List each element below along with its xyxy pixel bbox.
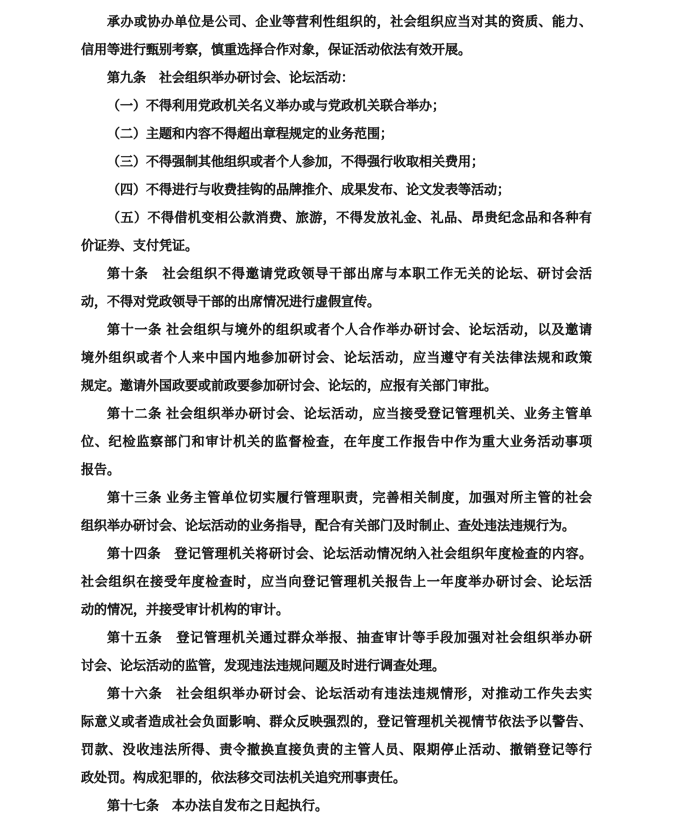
text-line: 组织举办研讨会、论坛活动的业务指导，配合有关部门及时制止、查处违法违规行为。	[81, 512, 592, 540]
document-paragraph: 第十七条 本办法自发布之日起执行。	[81, 792, 592, 820]
text-line: （三）不得强制其他组织或者个人参加，不得强行收取相关费用；	[81, 148, 592, 176]
text-line: 社会组织在接受年度检查时，应当向登记管理机关报告上一年度举办研讨会、论坛活	[81, 568, 592, 596]
text-line: 际意义或者造成社会负面影响、群众反映强烈的，登记管理机关视情节依法予以警告、	[81, 708, 592, 736]
document-paragraph: （四）不得进行与收费挂钩的品牌推介、成果发布、论文发表等活动；	[81, 176, 592, 204]
text-line: 信用等进行甄别考察，慎重选择合作对象，保证活动依法有效开展。	[81, 36, 592, 64]
text-line: 报告。	[81, 456, 592, 484]
text-line: （四）不得进行与收费挂钩的品牌推介、成果发布、论文发表等活动；	[81, 176, 592, 204]
text-line: （一）不得利用党政机关名义举办或与党政机关联合举办；	[81, 92, 592, 120]
text-line: 境外组织或者个人来中国内地参加研讨会、论坛活动，应当遵守有关法律法规和政策	[81, 344, 592, 372]
text-line: 价证券、支付凭证。	[81, 232, 592, 260]
text-line: 第十六条 社会组织举办研讨会、论坛活动有违法违规情形，对推动工作失去实	[81, 680, 592, 708]
document-paragraph: 第十六条 社会组织举办研讨会、论坛活动有违法违规情形，对推动工作失去实际意义或者…	[81, 680, 592, 792]
document-paragraph: 第十二条 社会组织举办研讨会、论坛活动，应当接受登记管理机关、业务主管单位、纪检…	[81, 400, 592, 484]
text-line: （五）不得借机变相公款消费、旅游，不得发放礼金、礼品、昂贵纪念品和各种有	[81, 204, 592, 232]
document-page: 承办或协办单位是公司、企业等营利性组织的，社会组织应当对其的资质、能力、信用等进…	[0, 0, 680, 835]
text-line: 政处罚。构成犯罪的，依法移交司法机关追究刑事责任。	[81, 764, 592, 792]
text-line: 讨会、论坛活动的监管，发现违法违规问题及时进行调查处理。	[81, 652, 592, 680]
document-paragraph: （一）不得利用党政机关名义举办或与党政机关联合举办；	[81, 92, 592, 120]
text-line: 第十三条 业务主管单位切实履行管理职责，完善相关制度，加强对所主管的社会	[81, 484, 592, 512]
document-paragraph: 第十条 社会组织不得邀请党政领导干部出席与本职工作无关的论坛、研讨会活动，不得对…	[81, 260, 592, 316]
text-line: 第十一条 社会组织与境外的组织或者个人合作举办研讨会、论坛活动，以及邀请	[81, 316, 592, 344]
text-line: 位、纪检监察部门和审计机关的监督检查，在年度工作报告中作为重大业务活动事项	[81, 428, 592, 456]
text-line: 承办或协办单位是公司、企业等营利性组织的，社会组织应当对其的资质、能力、	[81, 8, 592, 36]
document-paragraph: （五）不得借机变相公款消费、旅游，不得发放礼金、礼品、昂贵纪念品和各种有价证券、…	[81, 204, 592, 260]
document-paragraph: 第十五条 登记管理机关通过群众举报、抽查审计等手段加强对社会组织举办研讨会、论坛…	[81, 624, 592, 680]
text-line: 第九条 社会组织举办研讨会、论坛活动：	[81, 64, 592, 92]
text-line: 规定。邀请外国政要或前政要参加研讨会、论坛的，应报有关部门审批。	[81, 372, 592, 400]
text-line: 第十四条 登记管理机关将研讨会、论坛活动情况纳入社会组织年度检查的内容。	[81, 540, 592, 568]
document-text-block: 承办或协办单位是公司、企业等营利性组织的，社会组织应当对其的资质、能力、信用等进…	[81, 8, 592, 820]
document-paragraph: 第九条 社会组织举办研讨会、论坛活动：	[81, 64, 592, 92]
text-line: （二）主题和内容不得超出章程规定的业务范围；	[81, 120, 592, 148]
text-line: 动，不得对党政领导干部的出席情况进行虚假宣传。	[81, 288, 592, 316]
text-line: 第十七条 本办法自发布之日起执行。	[81, 792, 592, 820]
text-line: 第十条 社会组织不得邀请党政领导干部出席与本职工作无关的论坛、研讨会活	[81, 260, 592, 288]
text-line: 罚款、没收违法所得、责令撤换直接负责的主管人员、限期停止活动、撤销登记等行	[81, 736, 592, 764]
document-paragraph: 第十三条 业务主管单位切实履行管理职责，完善相关制度，加强对所主管的社会组织举办…	[81, 484, 592, 540]
text-line: 第十二条 社会组织举办研讨会、论坛活动，应当接受登记管理机关、业务主管单	[81, 400, 592, 428]
document-paragraph: 第十四条 登记管理机关将研讨会、论坛活动情况纳入社会组织年度检查的内容。社会组织…	[81, 540, 592, 624]
document-paragraph: 承办或协办单位是公司、企业等营利性组织的，社会组织应当对其的资质、能力、信用等进…	[81, 8, 592, 64]
document-paragraph: （二）主题和内容不得超出章程规定的业务范围；	[81, 120, 592, 148]
text-line: 第十五条 登记管理机关通过群众举报、抽查审计等手段加强对社会组织举办研	[81, 624, 592, 652]
text-line: 动的情况，并接受审计机构的审计。	[81, 596, 592, 624]
document-paragraph: （三）不得强制其他组织或者个人参加，不得强行收取相关费用；	[81, 148, 592, 176]
document-paragraph: 第十一条 社会组织与境外的组织或者个人合作举办研讨会、论坛活动，以及邀请境外组织…	[81, 316, 592, 400]
